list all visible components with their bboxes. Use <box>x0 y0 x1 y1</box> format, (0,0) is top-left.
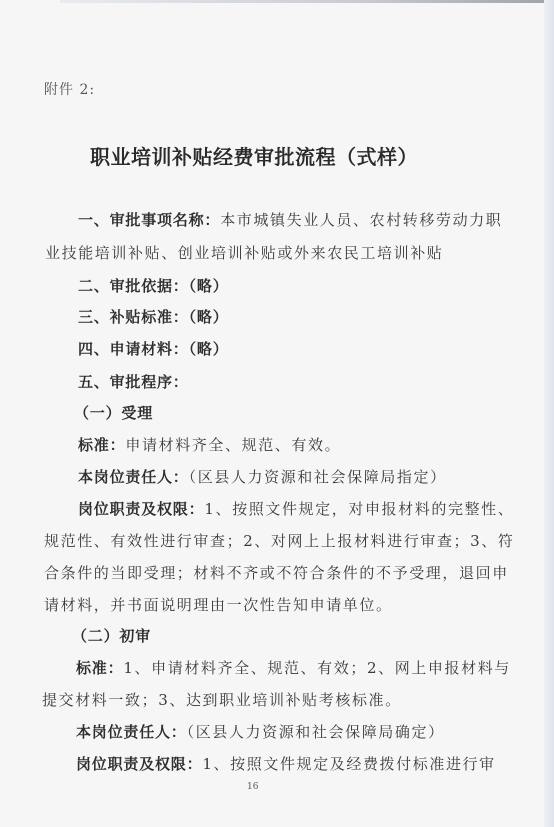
responsible-label: 本岗位责任人： <box>76 723 187 741</box>
duties-text: 1、按照文件规定，对申报材料的完整性、 <box>204 500 514 518</box>
responsible-text: （区县人力资源和社会保障局指定） <box>189 468 447 486</box>
step-1-heading: （一）受理 <box>74 403 153 423</box>
step-1-standard: 标准：申请材料齐全、规范、有效。 <box>78 435 341 455</box>
step-2-standard-line-2: 提交材料一致；3、达到职业培训补贴考核标准。 <box>42 690 402 710</box>
section-4: 四、申请材料：（略） <box>78 339 229 359</box>
duties-text: 1、按照文件规定及经费拨付标准进行审 <box>202 755 495 773</box>
section-1-continued: 业技能培训补贴、创业培训补贴或外来农民工培训补贴 <box>45 243 443 263</box>
step-2-duties: 岗位职责及权限：1、按照文件规定及经费拨付标准进行审 <box>76 754 496 774</box>
section-1-heading: 一、审批事项名称： <box>78 211 220 229</box>
standard-text: 1、申请材料齐全、规范、有效；2、网上申报材料与 <box>123 659 511 677</box>
standard-label: 标准： <box>78 436 125 454</box>
document-title: 职业培训补贴经费审批流程（式样） <box>90 141 418 170</box>
section-1-text: 本市城镇失业人员、农村转移劳动力职 <box>220 211 502 229</box>
section-2: 二、审批依据：（略） <box>78 276 229 296</box>
page-number: 16 <box>247 782 258 792</box>
responsible-label: 本岗位责任人： <box>78 468 189 486</box>
step-1-duties-line-2: 规范性、有效性进行审查；2、对网上上报材料进行审查；3、符 <box>44 531 515 551</box>
standard-text: 申请材料齐全、规范、有效。 <box>125 436 341 454</box>
duties-label: 岗位职责及权限： <box>76 755 202 773</box>
step-2-standard: 标准：1、申请材料齐全、规范、有效；2、网上申报材料与 <box>76 658 511 678</box>
responsible-text: （区县人力资源和社会保障局确定） <box>187 723 445 741</box>
step-1-responsible: 本岗位责任人：（区县人力资源和社会保障局指定） <box>78 467 447 487</box>
step-1-duties: 岗位职责及权限：1、按照文件规定，对申报材料的完整性、 <box>78 499 514 519</box>
document-page: 附件 2: 职业培训补贴经费审批流程（式样） 一、审批事项名称：本市城镇失业人员… <box>0 0 554 827</box>
standard-label: 标准： <box>76 659 123 677</box>
step-2-responsible: 本岗位责任人：（区县人力资源和社会保障局确定） <box>76 722 445 742</box>
duties-label: 岗位职责及权限： <box>78 500 204 518</box>
section-3: 三、补贴标准：（略） <box>78 307 229 327</box>
step-2-heading: （二）初审 <box>72 626 151 646</box>
section-1: 一、审批事项名称：本市城镇失业人员、农村转移劳动力职 <box>78 210 502 230</box>
section-5: 五、审批程序： <box>78 372 189 392</box>
attachment-label: 附件 2: <box>44 80 95 100</box>
step-1-duties-line-3: 合条件的当即受理；材料不齐或不符合条件的不予受理，退回申 <box>44 563 509 583</box>
step-1-duties-line-4: 请材料，并书面说明理由一次性告知申请单位。 <box>44 595 393 615</box>
